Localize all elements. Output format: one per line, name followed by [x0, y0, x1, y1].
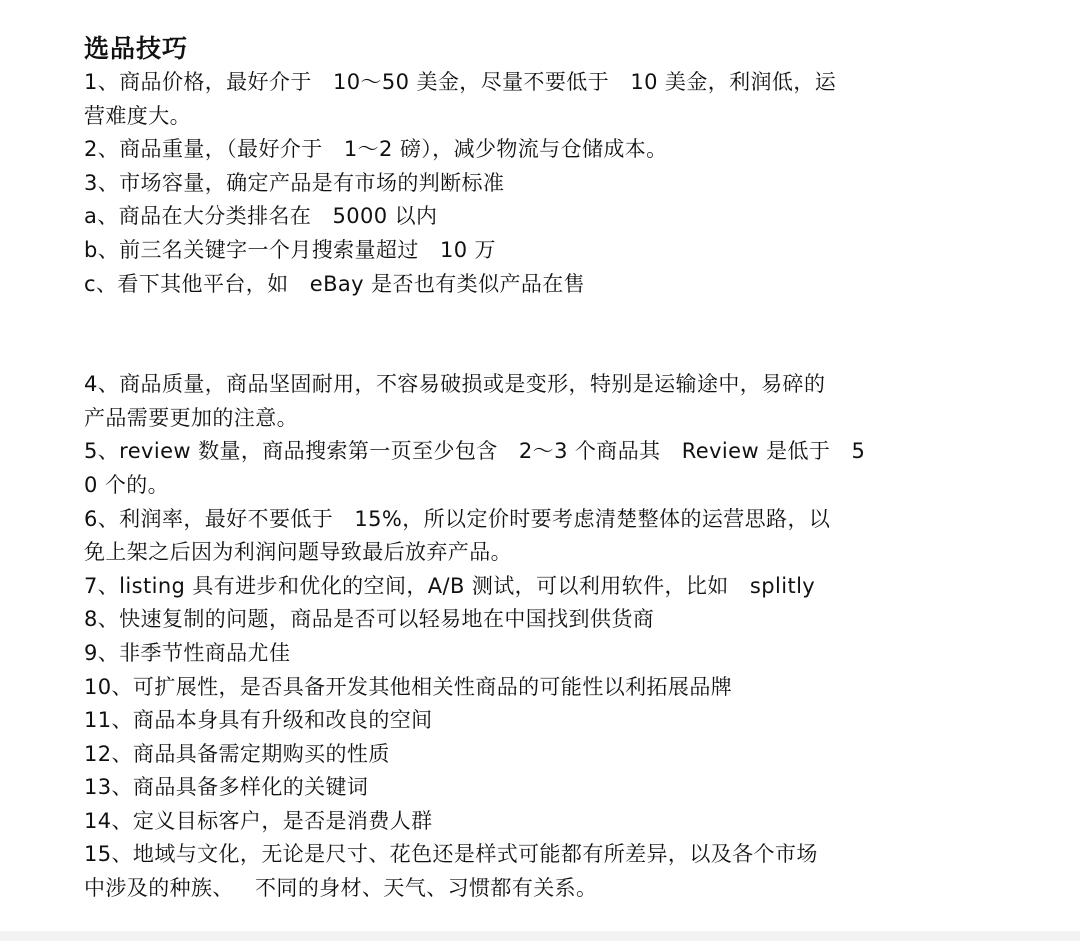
document-title: 选品技巧: [84, 32, 984, 66]
text-line: 15、地域与文化，无论是尺寸、花色还是样式可能都有所差异，以及各个市场: [84, 838, 984, 872]
text-line: 5、review 数量，商品搜索第一页至少包含 2～3 个商品其 Review …: [84, 435, 984, 469]
text-line: b、前三名关键字一个月搜索量超过 10 万: [84, 234, 984, 268]
page-bottom-edge: [0, 931, 1080, 941]
document-page: 选品技巧 1、商品价格，最好介于 10～50 美金，尽量不要低于 10 美金，利…: [84, 32, 984, 906]
section-criteria-4-15: 4、商品质量，商品坚固耐用，不容易破损或是变形，特别是运输途中，易碎的 产品需要…: [84, 368, 984, 906]
text-line: 1、商品价格，最好介于 10～50 美金，尽量不要低于 10 美金，利润低，运: [84, 66, 984, 100]
text-line: 产品需要更加的注意。: [84, 402, 984, 436]
text-line: 4、商品质量，商品坚固耐用，不容易破损或是变形，特别是运输途中，易碎的: [84, 368, 984, 402]
section-criteria-1-3: 1、商品价格，最好介于 10～50 美金，尽量不要低于 10 美金，利润低，运 …: [84, 66, 984, 301]
text-line: 10、可扩展性，是否具备开发其他相关性商品的可能性以利拓展品牌: [84, 671, 984, 705]
text-line: c、看下其他平台，如 eBay 是否也有类似产品在售: [84, 268, 984, 302]
paragraph-gap: [84, 301, 984, 368]
text-line: 营难度大。: [84, 100, 984, 134]
text-line: 9、非季节性商品尤佳: [84, 637, 984, 671]
text-line: 中涉及的种族、 不同的身材、天气、习惯都有关系。: [84, 872, 984, 906]
text-line: 3、市场容量，确定产品是有市场的判断标准: [84, 167, 984, 201]
text-line: 免上架之后因为利润问题导致最后放弃产品。: [84, 536, 984, 570]
text-line: 14、定义目标客户，是否是消费人群: [84, 805, 984, 839]
text-line: 13、商品具备多样化的关键词: [84, 771, 984, 805]
text-line: 0 个的。: [84, 469, 984, 503]
text-line: 6、利润率，最好不要低于 15%，所以定价时要考虑清楚整体的运营思路，以: [84, 503, 984, 537]
text-line: a、商品在大分类排名在 5000 以内: [84, 200, 984, 234]
text-line: 7、listing 具有进步和优化的空间，A/B 测试，可以利用软件，比如 sp…: [84, 570, 984, 604]
text-line: 2、商品重量，（最好介于 1～2 磅），减少物流与仓储成本。: [84, 133, 984, 167]
text-line: 8、快速复制的问题，商品是否可以轻易地在中国找到供货商: [84, 603, 984, 637]
text-line: 11、商品本身具有升级和改良的空间: [84, 704, 984, 738]
text-line: 12、商品具备需定期购买的性质: [84, 738, 984, 772]
